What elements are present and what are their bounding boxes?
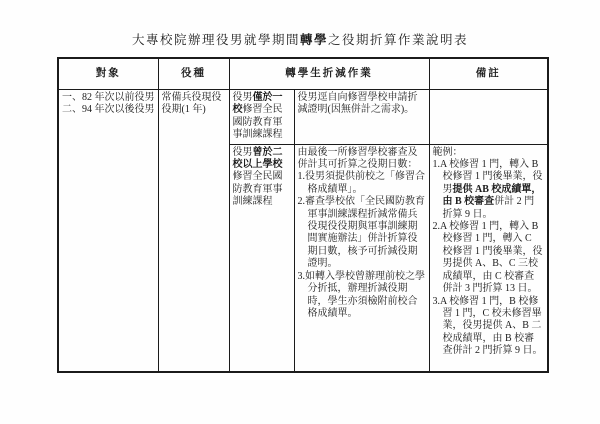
cell-notes-empty	[429, 90, 548, 145]
table-header-row: 對象 役種 轉學生折減作業 備註	[58, 58, 548, 90]
service-type-text: 常備兵役現役役期(1 年)	[162, 92, 226, 117]
cell-procedure-multi-school: 由最後一所修習學校審查及併計其可折算之役期日數： 1.役男須提供前校之「修習合格…	[294, 144, 429, 372]
cell-notes-examples: 範例： 1.A 校修習 1 門，轉入 B 校修習 1 門後畢業，役男提供 AB …	[429, 144, 548, 372]
document-title: 大專校院辦理役男就學期間轉學之役期折算作業說明表	[0, 30, 600, 48]
procedure-step-1: 1.役男須提供前校之「修習合格成績單」。	[298, 171, 426, 196]
conversion-procedure-table: 對象 役種 轉學生折減作業 備註 一、82 年次以前役男 二、94 年次以後役男…	[57, 57, 549, 373]
title-emphasis: 轉學	[300, 33, 328, 47]
header-service-type: 役種	[158, 58, 229, 90]
procedure-one-text: 役男逕自向修習學校申請折減證明(因無併計之需求)。	[298, 92, 426, 117]
cell-target: 一、82 年次以前役男 二、94 年次以後役男	[58, 90, 158, 373]
notes-example-1: 1.A 校修習 1 門，轉入 B 校修習 1 門後畢業，役男提供 AB 校成績單…	[433, 159, 545, 221]
notes-intro: 範例：	[433, 147, 545, 159]
cell-condition-multi-school: 役男曾於二校以上學校修習全民國防教育軍事訓練課程	[229, 144, 294, 372]
target-item-1: 一、82 年次以前役男	[62, 92, 155, 104]
condition-one-prefix: 役男	[233, 92, 253, 103]
condition-multi-suffix: 修習全民國防教育軍事訓練課程	[233, 171, 283, 207]
condition-multi-prefix: 役男	[233, 147, 253, 158]
header-procedure: 轉學生折減作業	[229, 58, 429, 90]
title-prefix: 大專校院辦理役男就學期間	[132, 33, 300, 47]
cell-service-type: 常備兵役現役役期(1 年)	[158, 90, 229, 373]
cell-condition-one-school: 役男僅於一校修習全民國防教育軍事訓練課程	[229, 90, 294, 145]
procedure-multi-intro: 由最後一所修習學校審查及併計其可折算之役期日數：	[298, 147, 426, 172]
header-notes: 備註	[429, 58, 548, 90]
table-row-one-school: 一、82 年次以前役男 二、94 年次以後役男 常備兵役現役役期(1 年) 役男…	[58, 90, 548, 145]
title-suffix: 之役期折算作業說明表	[328, 33, 468, 47]
notes-example-3: 3.A 校修習 1 門，B 校修習 1 門，C 校未修習畢業，役男提供 A、B …	[433, 296, 545, 358]
header-target: 對象	[58, 58, 158, 90]
target-item-2: 二、94 年次以後役男	[62, 104, 155, 116]
document-page: 大專校院辦理役男就學期間轉學之役期折算作業說明表 對象 役種 轉學生折減作業 備…	[0, 0, 600, 424]
cell-procedure-one-school: 役男逕自向修習學校申請折減證明(因無併計之需求)。	[294, 90, 429, 145]
procedure-step-2: 2.審查學校依「全民國防教育軍事訓練課程折減常備兵役現役役期與軍事訓練期間實施辦…	[298, 196, 426, 270]
procedure-step-3: 3.如轉入學校曾辦理前校之學分折抵，辦理折減役期時，學生亦須檢附前校合格成績單。	[298, 271, 426, 321]
notes-example-2: 2.A 校修習 1 門，轉入 B 校修習 1 門，轉入 C 校修習 1 門後畢業…	[433, 221, 545, 295]
